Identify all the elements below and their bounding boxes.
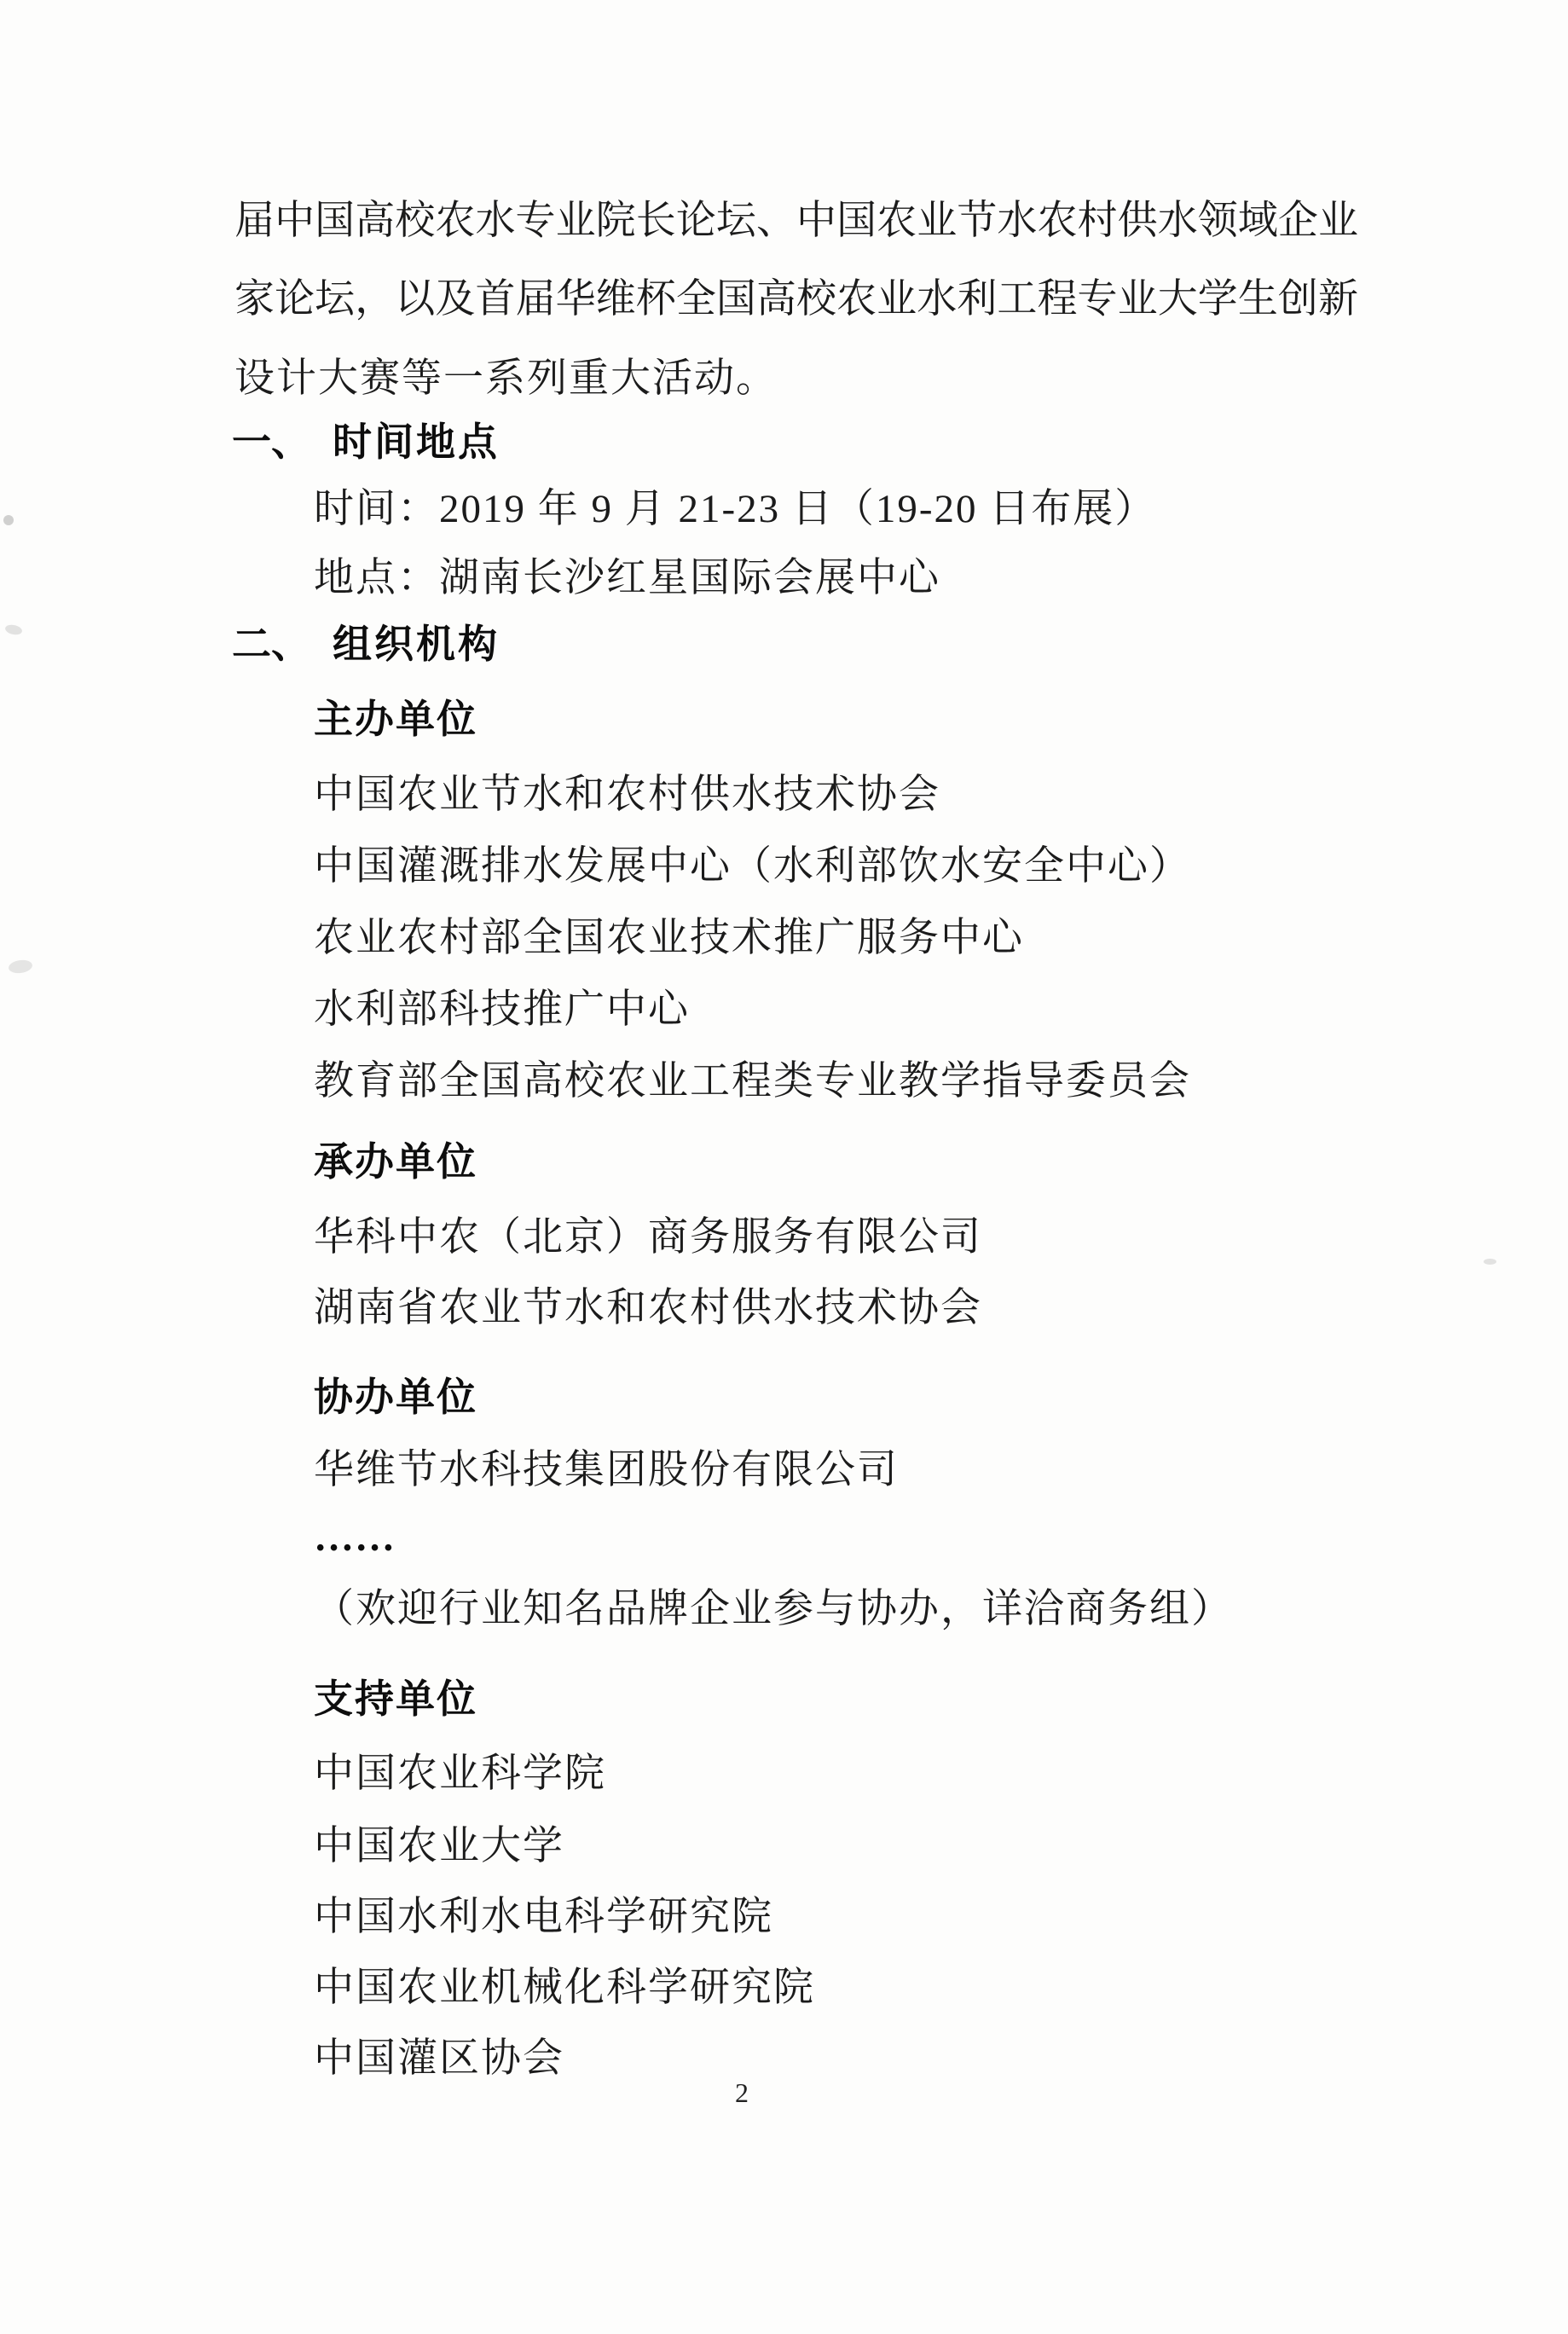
section-2-heading: 二、组织机构 <box>232 622 500 667</box>
event-place: 地点：湖南长沙红星国际会展中心 <box>314 555 940 601</box>
coorganizer-note: （欢迎行业知名品牌企业参与协办，详洽商务组） <box>314 1586 1233 1632</box>
scan-artifact <box>1484 1259 1496 1265</box>
organizer-item: 华科中农（北京）商务服务有限公司 <box>314 1214 982 1260</box>
host-item: 水利部科技推广中心 <box>314 987 690 1033</box>
support-heading: 支持单位 <box>314 1677 477 1722</box>
host-item: 中国灌溉排水发展中心（水利部饮水安全中心） <box>314 843 1191 889</box>
event-time: 时间：2019 年 9 月 21-23 日（19-20 日布展） <box>314 486 1156 532</box>
section-1-heading: 一、时间地点 <box>232 420 500 465</box>
organizer-heading: 承办单位 <box>314 1139 477 1184</box>
support-item: 中国水利水电科学研究院 <box>314 1894 773 1940</box>
scan-artifact <box>3 515 14 525</box>
intro-line-2: 家论坛，以及首届华维杯全国高校农业水利工程专业大学生创新 <box>234 276 1358 322</box>
coorganizer-item: 华维节水科技集团股份有限公司 <box>314 1447 899 1493</box>
intro-line-3: 设计大赛等一系列重大活动。 <box>234 356 778 402</box>
section-2-title: 组织机构 <box>333 622 500 666</box>
scan-artifact <box>4 623 23 636</box>
ellipsis-line: …… <box>314 1514 396 1561</box>
section-1-number: 一、 <box>232 420 333 465</box>
host-item: 农业农村部全国农业技术推广服务中心 <box>314 915 1024 961</box>
organizer-item: 湖南省农业节水和农村供水技术协会 <box>314 1285 982 1331</box>
section-2-number: 二、 <box>232 622 333 667</box>
page-number: 2 <box>735 2077 749 2109</box>
host-heading: 主办单位 <box>314 697 477 742</box>
intro-line-1: 届中国高校农水专业院长论坛、中国农业节水农村供水领域企业 <box>234 198 1358 244</box>
document-page: 届中国高校农水专业院长论坛、中国农业节水农村供水领域企业 家论坛，以及首届华维杯… <box>0 0 1568 2334</box>
coorganizer-heading: 协办单位 <box>314 1375 477 1420</box>
host-item: 中国农业节水和农村供水技术协会 <box>314 772 940 818</box>
scan-artifact <box>8 959 33 975</box>
support-item: 中国灌区协会 <box>314 2036 564 2082</box>
support-item: 中国农业大学 <box>314 1823 564 1869</box>
support-item: 中国农业机械化科学研究院 <box>314 1965 815 2011</box>
section-1-title: 时间地点 <box>333 420 500 464</box>
host-item: 教育部全国高校农业工程类专业教学指导委员会 <box>314 1058 1191 1104</box>
support-item: 中国农业科学院 <box>314 1751 606 1797</box>
